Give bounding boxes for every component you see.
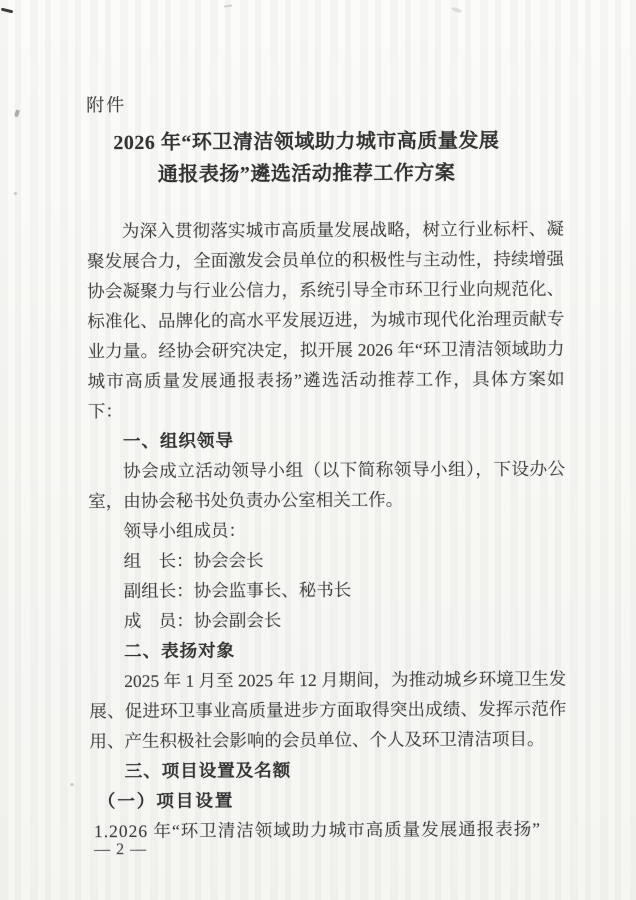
document-body: 为深入贯彻落实城市高质量发展战略，树立行业标杆、凝聚发展合力，全面激发会员单位的… xyxy=(87,214,567,846)
intro-paragraph: 为深入贯彻落实城市高质量发展战略，树立行业标杆、凝聚发展合力，全面激发会员单位的… xyxy=(87,214,565,426)
document-title: 2026 年“环卫清洁领域助力城市高质量发展 通报表扬”遴选活动推荐工作方案 xyxy=(38,125,574,192)
section-2-paragraph: 2025 年 1 月至 2025 年 12 月期间，为推动城乡环境卫生发展、促进… xyxy=(89,664,566,756)
leader-group-members-label: 领导小组成员： xyxy=(88,514,565,546)
title-line-2: 通报表扬”遴选活动推荐工作方案 xyxy=(38,157,574,192)
member-line-deputy-leader: 副组长：协会监事长、秘书长 xyxy=(89,574,566,606)
section-1-paragraph: 协会成立活动领导小组（以下简称领导小组），下设办公室，由协会秘书处负责办公室相关… xyxy=(88,454,565,516)
document-content: 附件 2026 年“环卫清洁领域助力城市高质量发展 通报表扬”遴选活动推荐工作方… xyxy=(0,0,636,900)
section-1-heading: 一、组织领导 xyxy=(88,424,565,456)
attachment-label: 附件 xyxy=(86,93,126,117)
page-number: — 2 — xyxy=(94,841,147,859)
section-3-subheading: （一）项目设置 xyxy=(90,784,567,816)
section-2-heading: 二、表扬对象 xyxy=(89,634,566,666)
section-3-heading: 三、项目设置及名额 xyxy=(90,754,567,786)
scanned-document-page: 附件 2026 年“环卫清洁领域助力城市高质量发展 通报表扬”遴选活动推荐工作方… xyxy=(0,0,636,900)
member-line-leader: 组 长：协会会长 xyxy=(89,544,566,576)
title-line-1: 2026 年“环卫清洁领域助力城市高质量发展 xyxy=(38,125,574,160)
member-line-member: 成 员：协会副会长 xyxy=(89,604,566,636)
section-3-item-1: 1.2026 年“环卫清洁领域助力城市高质量发展通报表扬” xyxy=(90,814,567,846)
